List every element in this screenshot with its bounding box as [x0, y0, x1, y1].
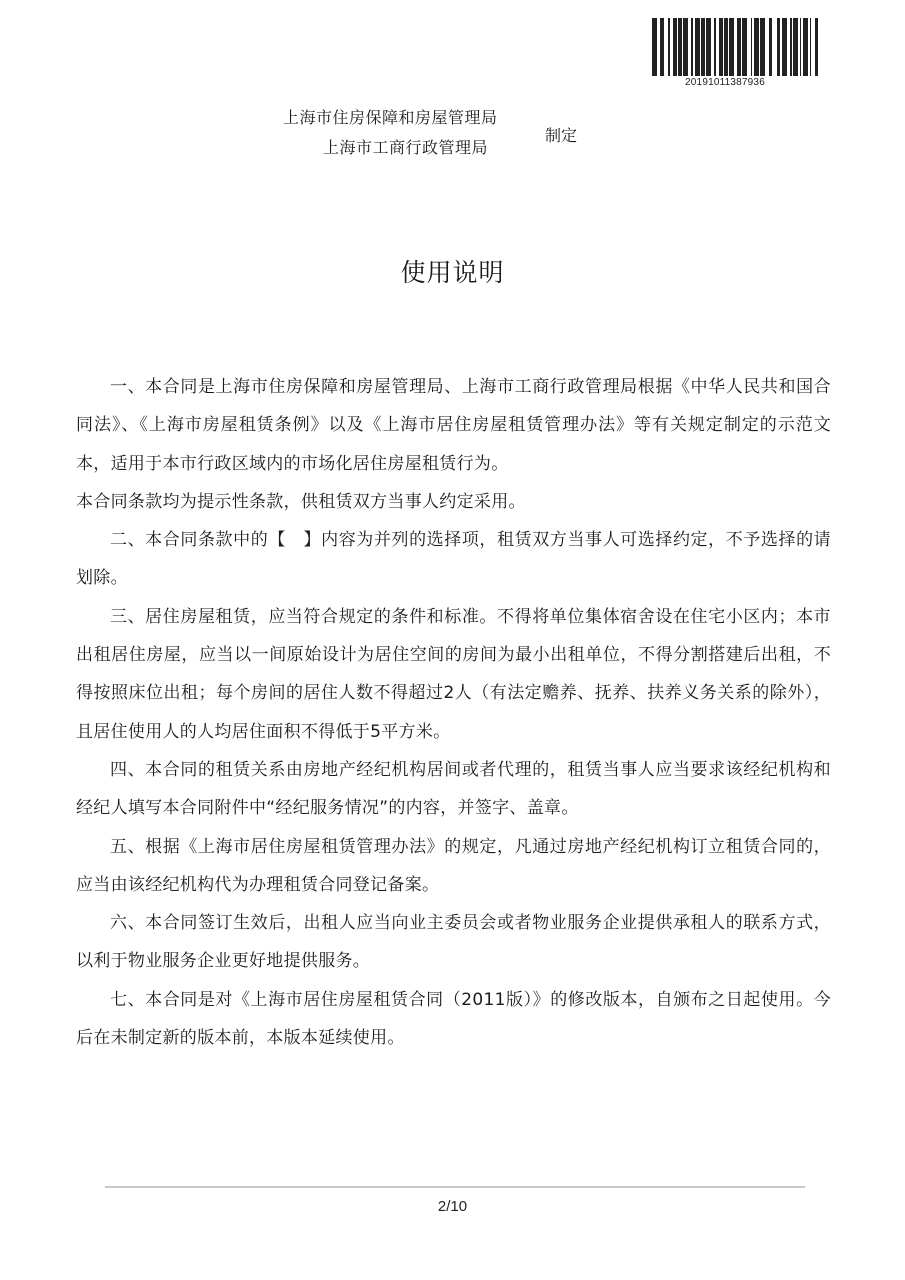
paragraph-1: 一、本合同是上海市住房保障和房屋管理局、上海市工商行政管理局根据《中华人民共和国…: [76, 368, 831, 483]
barcode-image: [652, 18, 820, 76]
page-title: 使用说明: [0, 253, 905, 289]
paragraph-3: 三、居住房屋租赁，应当符合规定的条件和标准。不得将单位集体宿舍设在住宅小区内；本…: [76, 598, 831, 751]
paragraph-4: 四、本合同的租赁关系由房地产经纪机构居间或者代理的，租赁当事人应当要求该经纪机构…: [76, 751, 831, 828]
footer-divider: [105, 1186, 805, 1188]
paragraph-5: 五、根据《上海市居住房屋租赁管理办法》的规定，凡通过房地产经纪机构订立租赁合同的…: [76, 828, 831, 905]
paragraph-2: 二、本合同条款中的【 】内容为并列的选择项，租赁双方当事人可选择约定，不予选择的…: [76, 521, 831, 598]
issuer-housing-bureau: 上海市住房保障和房屋管理局: [283, 105, 498, 128]
paragraph-1-note: 本合同条款均为提示性条款，供租赁双方当事人约定采用。: [76, 483, 831, 521]
paragraph-6: 六、本合同签订生效后，出租人应当向业主委员会或者物业服务企业提供承租人的联系方式…: [76, 904, 831, 981]
barcode-block: 20191011387936: [652, 18, 820, 88]
instructions-body: 一、本合同是上海市住房保障和房屋管理局、上海市工商行政管理局根据《中华人民共和国…: [76, 368, 831, 1057]
paragraph-7: 七、本合同是对《上海市居住房屋租赁合同（2011版）》的修改版本，自颁布之日起使…: [76, 981, 831, 1058]
issuer-suffix: 制定: [545, 123, 577, 146]
page-number: 2/10: [0, 1198, 905, 1215]
issuer-commerce-bureau: 上海市工商行政管理局: [323, 135, 488, 158]
barcode-number: 20191011387936: [652, 77, 820, 88]
issuer-block: 上海市住房保障和房屋管理局 上海市工商行政管理局 制定: [283, 105, 603, 165]
